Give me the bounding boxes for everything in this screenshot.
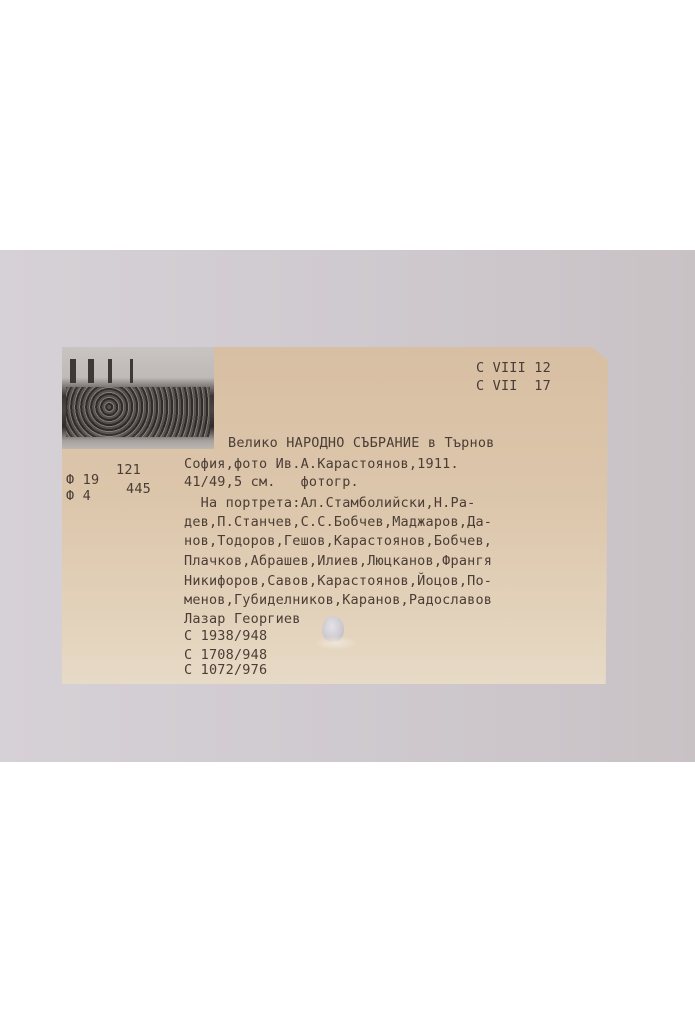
body-line: нов,Тодоров,Гешов,Карастоянов,Бобчев, bbox=[184, 533, 492, 549]
shelfmark-1: С VIII 12 bbox=[476, 360, 551, 376]
body-line: дев,П.Станчев,С.С.Бобчев,Маджаров,Да- bbox=[184, 514, 492, 530]
fund-code-2: Ф 4 bbox=[66, 488, 91, 504]
fund-code-2-number: 445 bbox=[126, 481, 151, 497]
fund-code-1-sup: 121 bbox=[116, 462, 141, 478]
body-line: Плачков,Абрашев,Илиев,Люцканов,Франгя bbox=[184, 553, 492, 569]
punch-hole-tear bbox=[314, 636, 358, 650]
body-line: 41/49,5 см. фотогр. bbox=[184, 474, 359, 490]
photo-thumbnail bbox=[62, 347, 214, 449]
shelfmark-2: С VII 17 bbox=[476, 378, 551, 394]
body-line: Лазар Георгиев bbox=[184, 611, 301, 627]
body-line: На портрета:Ал.Стамболийски,Н.Ра- bbox=[184, 495, 475, 511]
body-line: менов,Губиделников,Каранов,Радославов bbox=[184, 592, 492, 608]
card-title: Велико НАРОДНО СЪБРАНИЕ в Търнов bbox=[228, 435, 495, 451]
body-line: Никифоров,Савов,Карастоянов,Йоцов,По- bbox=[184, 573, 492, 589]
inventory-number: С 1708/948 bbox=[184, 647, 267, 663]
inventory-number: С 1072/976 bbox=[184, 662, 267, 678]
inventory-number: С 1938/948 bbox=[184, 628, 267, 644]
body-line: София,фото Ив.А.Карастоянов,1911. bbox=[184, 456, 459, 472]
fund-code-1: Ф 19 bbox=[66, 472, 99, 488]
